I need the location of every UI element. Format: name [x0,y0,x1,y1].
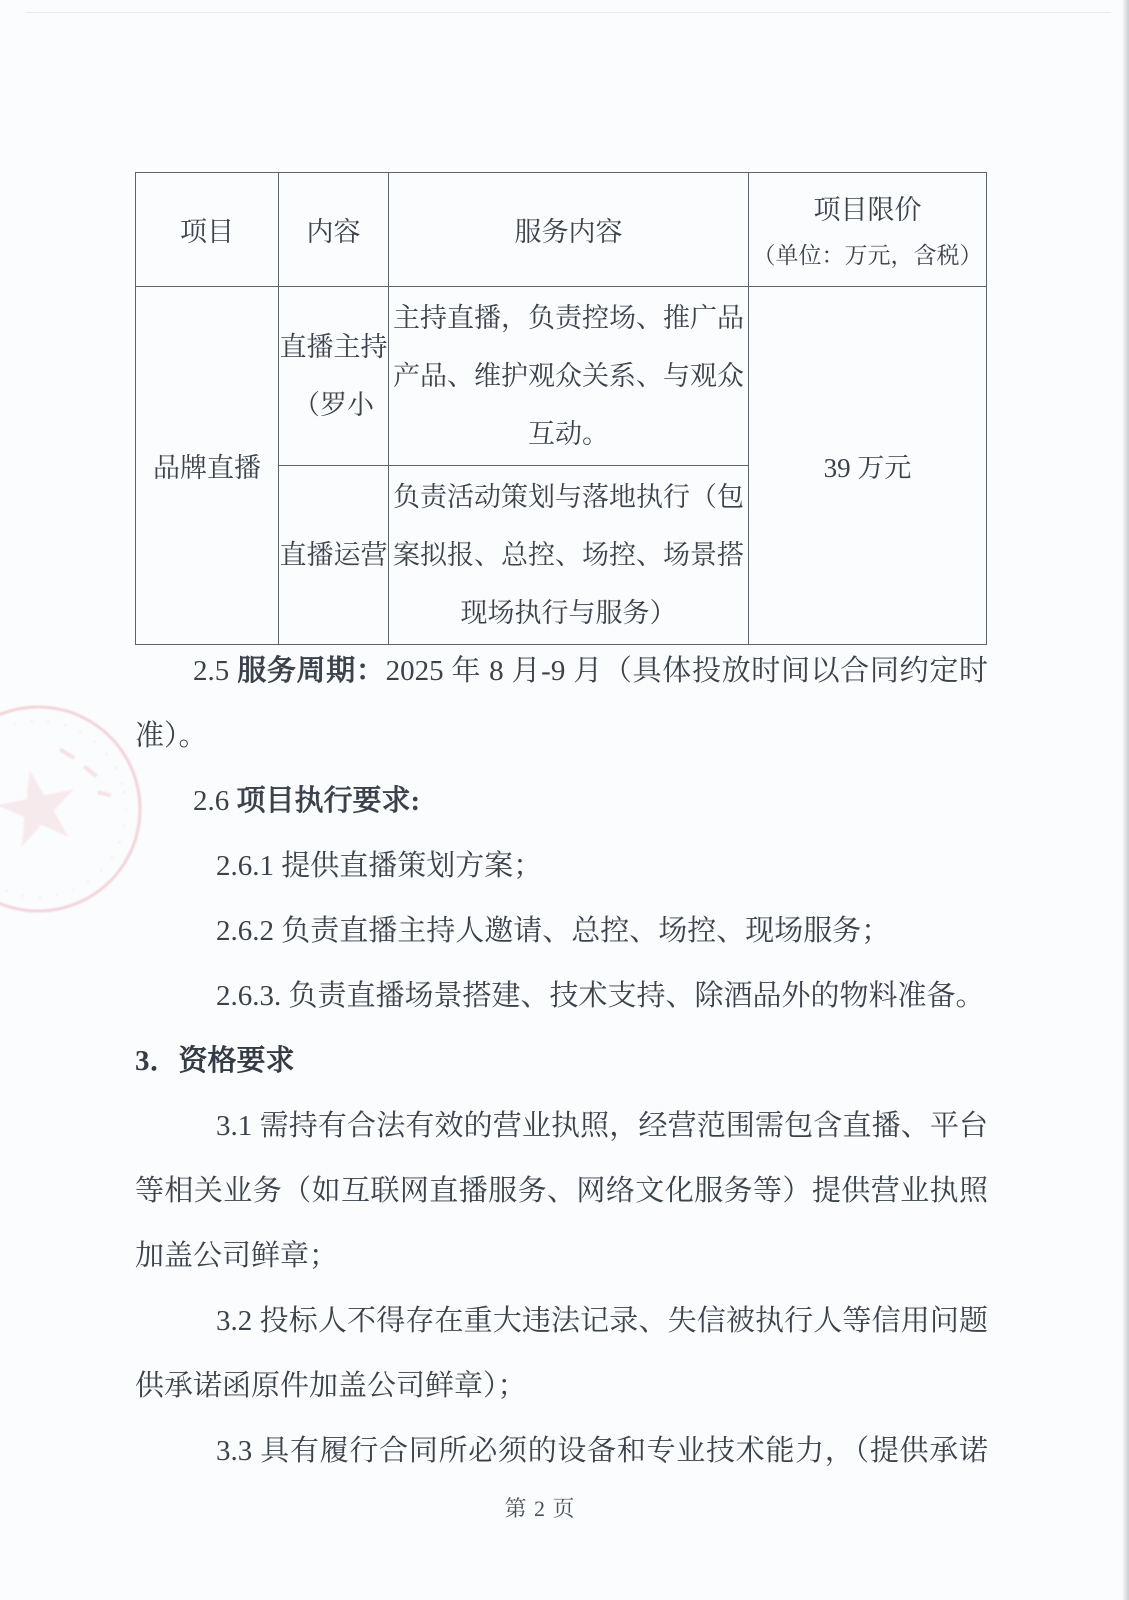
clause-3-2-line-1: 3.2 投标人不得存在重大违法记录、失信被执行人等信用问题（提 [135,1289,988,1354]
cell-service-operation: 负责活动策划与落地执行（包含方 案拟报、总控、场控、场景搭建、 现场执行与服务） [389,466,749,645]
header-cell-project: 项目 [136,173,279,287]
clause-2-6-2: 2.6.2 负责直播主持人邀请、总控、场控、现场服务； [135,899,988,964]
clause-2-5-line-1: 2.5 服务周期：2025 年 8 月-9 月（具体投放时间以合同约定时间为 [135,639,988,704]
clause-3-1-line-3: 加盖公司鲜章； [135,1224,988,1289]
clause-3-1-line-1: 3.1 需持有合法有效的营业执照，经营范围需包含直播、平台运营 [135,1094,988,1159]
clause-2-5-line-2: 准）。 [135,704,988,769]
scan-right-edge-artifact [1122,0,1129,1600]
cell-content-operation: 直播运营 [279,466,389,645]
page-number: 第 2 页 [0,1492,1080,1523]
table-row-host: 品牌直播 直播主持 （罗小刚） 主持直播，负责控场、推广品牌和 产品、维护观众关… [136,287,987,466]
clause-2-6-3: 2.6.3. 负责直播场景搭建、技术支持、除酒品外的物料准备。 [135,964,988,1029]
cell-service-host: 主持直播，负责控场、推广品牌和 产品、维护观众关系、与观众进行 互动。 [389,287,749,466]
header-cell-service: 服务内容 [389,173,749,287]
document-body: 2.5 服务周期：2025 年 8 月-9 月（具体投放时间以合同约定时间为 准… [135,639,988,1484]
table-header-row: 项目 内容 服务内容 项目限价 （单位：万元，含税） [136,173,987,287]
clause-3-3-line-1: 3.3 具有履行合同所必须的设备和专业技术能力，（提供承诺函原 [135,1419,988,1484]
cell-content-host: 直播主持 （罗小刚） [279,287,389,466]
cell-price-limit-value: 39 万元 [749,287,987,645]
scanned-document-page: 项目 内容 服务内容 项目限价 （单位：万元，含税） 品牌直播 直播主持 （罗小… [0,0,1129,1600]
clause-3-2-line-2: 供承诺函原件加盖公司鲜章）； [135,1354,988,1419]
clause-2-6-heading: 2.6 项目执行要求: [135,769,988,834]
section-3-heading: 3．资格要求 [135,1029,988,1094]
clause-2-6-1: 2.6.1 提供直播策划方案； [135,834,988,899]
clause-3-1-line-2: 等相关业务（如互联网直播服务、网络文化服务等）提供营业执照复印件 [135,1159,988,1224]
scan-top-edge-artifact [26,12,1111,13]
header-cell-content: 内容 [279,173,389,287]
header-cell-price-limit: 项目限价 （单位：万元，含税） [749,173,987,287]
service-pricing-table: 项目 内容 服务内容 项目限价 （单位：万元，含税） 品牌直播 直播主持 （罗小… [135,172,987,645]
cell-project-name: 品牌直播 [136,287,279,645]
